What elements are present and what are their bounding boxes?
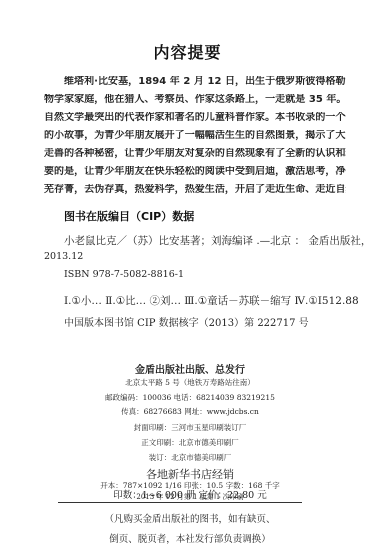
cip-classification: Ⅰ.①小… Ⅱ.①比… ②刘… Ⅲ.①童话－苏联－缩写 Ⅳ.①I512.88: [64, 293, 359, 308]
page-title: 内容提要: [0, 40, 375, 63]
blurb-line: 走兽的各种秘密，让青少年朋友对复杂的自然现象有了全新的认识和理解。更重: [44, 148, 346, 160]
text-printer: 正文印刷：北京市德美印刷厂: [0, 437, 375, 448]
blurb-line: 物学家家庭，他在猎人、考察员、作家这条路上，一走就是 35 年。他是俄国大: [44, 94, 346, 106]
publisher-postal-phone: 邮政编码：100036 电话：68214039 83219215: [0, 392, 375, 403]
blurb-line: 要的是，让青少年朋友在快乐轻松的阅读中受到启迪，激活思考，净化心灵，去: [44, 166, 346, 178]
publisher-address: 北京太平路 5 号（地铁万寿路站往南）: [0, 377, 375, 388]
blurb-line: 维塔利·比安基，1894 年 2 月 12 日，出生于俄罗斯彼得格勒一个著名的生: [64, 76, 346, 88]
return-notice-line-2: 倒页、脱页者，本社发行部负责调换）: [0, 531, 375, 545]
print-run-price: 印数：1~6 000 册 定价：22.80 元: [0, 487, 375, 501]
cip-isbn: ISBN 978-7-5082-8816-1: [64, 269, 184, 280]
blurb-line: 的小故事，为青少年朋友展开了一幅幅活生生的自然图景，揭示了大自然中飞禽: [44, 130, 346, 142]
publisher-name: 金盾出版社出版、总发行: [0, 361, 375, 376]
divider-rule: [58, 502, 302, 503]
cover-printer: 封面印刷：三河市玉星印刷装订厂: [0, 422, 375, 433]
cip-heading: 图书在版编目（CIP）数据: [64, 208, 194, 224]
cip-number: 中国版本图书馆 CIP 数据核字（2013）第 222717 号: [64, 314, 309, 329]
publisher-fax-web: 传真：68276683 网址：www.jdcbs.cn: [0, 406, 375, 417]
blurb-line: 自然文学最突出的代表作家和著名的儿童科普作家。本书收录的一个个妙趣横生: [44, 112, 346, 124]
cip-date-line: 2013.12: [44, 251, 83, 262]
cip-title-line: 小老鼠比克／（苏）比安基著；刘海编译 .—北京 ： 金盾出版社，: [64, 233, 371, 248]
binding: 装订：北京市德美印刷厂: [0, 452, 375, 463]
return-notice-line-1: （凡购买金盾出版社的图书，如有缺页、: [0, 511, 375, 525]
blurb-line: 芜存菁，去伪存真，热爱科学，热爱生活，开启了走近生命、走近自然的科学大门。: [44, 184, 346, 196]
